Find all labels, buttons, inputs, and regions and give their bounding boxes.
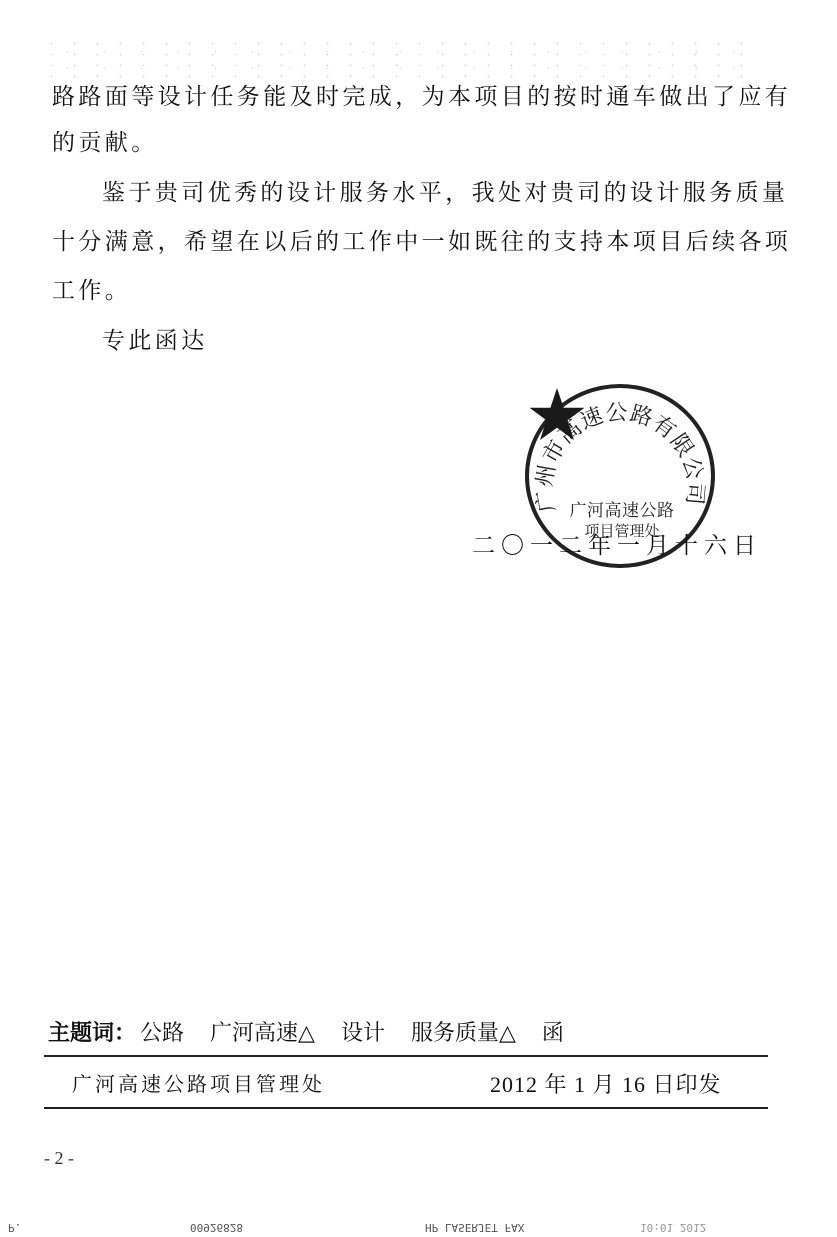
scan-noise [40, 38, 760, 78]
issuing-office: 广河高速公路项目管理处 [72, 1068, 325, 1097]
keywords-label: 主题词： [48, 1021, 136, 1046]
closing-phrase: 专此函达 [102, 326, 208, 356]
body-text-line: 工作。 [52, 276, 131, 306]
body-text-line: 十分满意，希望在以后的工作中一如既往的支持本项目后续各项 [52, 227, 791, 257]
body-text-line: 路路面等设计任务能及时完成，为本项目的按时通车做出了应有 [52, 82, 791, 112]
seal-org-name: 广河高速公路 [557, 496, 687, 521]
star-icon [529, 388, 585, 442]
page-number: - 2 - [44, 1148, 74, 1169]
keyword: 广河高速△ [210, 1021, 315, 1046]
divider [44, 1107, 768, 1109]
body-text-line: 的贡献。 [52, 128, 158, 158]
fax-number: 00926828 [190, 1221, 243, 1234]
keyword: 服务质量△ [411, 1021, 516, 1046]
issue-date: 2012 年 1 月 16 日印发 [490, 1068, 722, 1099]
signature-date: 二〇一二年一月十六日 [472, 527, 762, 560]
fax-time: 10:01 2012 [640, 1221, 706, 1234]
fax-page-marker: P. [8, 1221, 21, 1234]
fax-device: HP LASERJET FAX [425, 1221, 524, 1234]
subject-keywords: 主题词：公路广河高速△设计服务质量△函 [48, 1016, 564, 1047]
keyword: 设计 [341, 1021, 385, 1046]
divider [44, 1055, 768, 1057]
keyword: 公路 [140, 1021, 184, 1046]
body-text-line: 鉴于贵司优秀的设计服务水平，我处对贵司的设计服务质量 [102, 178, 788, 208]
keyword: 函 [542, 1021, 564, 1046]
